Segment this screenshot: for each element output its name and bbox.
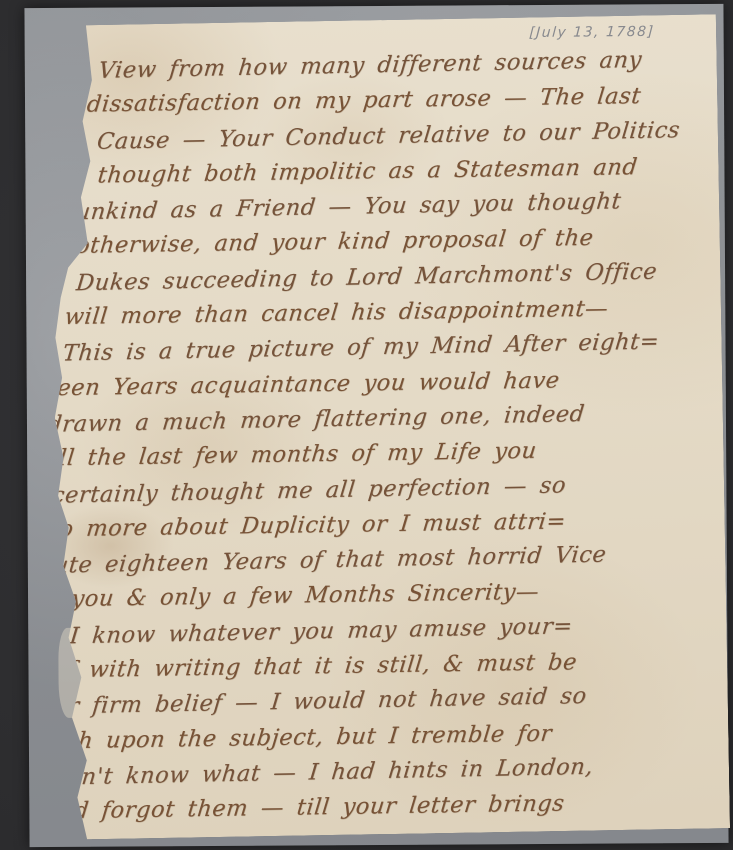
scan-viewport: { "scan": { "annotation": "[July 13, 178…: [0, 0, 733, 850]
scan-background: [July 13, 1788] View from how many diffe…: [0, 0, 733, 850]
letter-page: [July 13, 1788] View from how many diffe…: [48, 14, 730, 840]
letter-line: I had forgot them — till your letter bri…: [21, 786, 625, 831]
date-annotation: [July 13, 1788]: [528, 24, 654, 41]
letter-body: View from how many different sources any…: [3, 42, 703, 831]
